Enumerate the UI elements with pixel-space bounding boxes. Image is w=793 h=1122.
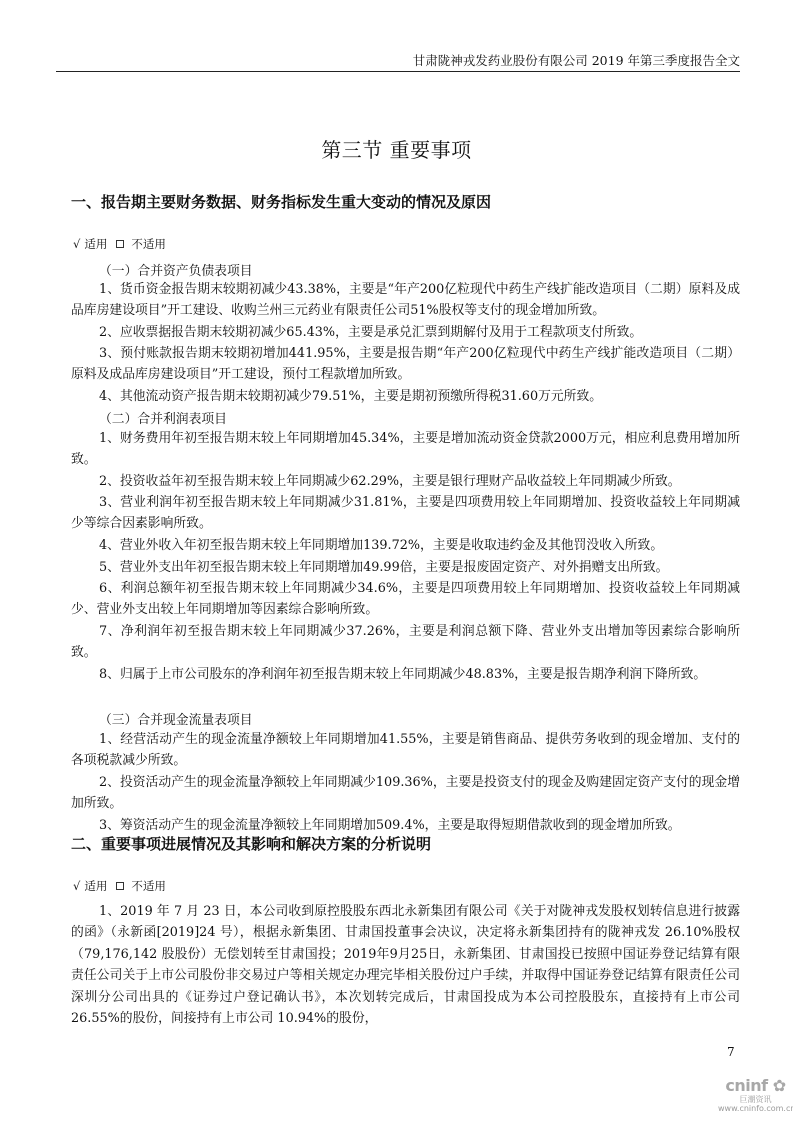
empty-checkbox-icon — [116, 240, 124, 248]
item-text: 6、利润总额年初至报告期末较上年同期减少34.6%，主要是四项费用较上年同期增加… — [71, 581, 740, 617]
cashflow-item-2: 2、投资活动产生的现金流量净额较上年同期减少109.36%，主要是投资支付的现金… — [71, 772, 740, 815]
subsection-income-statement: （二）合并利润表项目 — [99, 408, 227, 427]
page-number: 7 — [727, 1045, 735, 1059]
logo-text: cninf — [725, 1076, 767, 1095]
logo-url: www.cninfo.com.cn — [718, 1104, 793, 1113]
item-text: 1、财务费用年初至报告期末较上年同期增加45.34%，主要是增加流动资金贷款20… — [71, 431, 740, 467]
item-text: 8、归属于上市公司股东的净利润年初至报告期末较上年同期减少48.83%，主要是报… — [99, 667, 706, 682]
not-apply-label: 不适用 — [131, 236, 166, 252]
subsection-cash-flow: （三）合并现金流量表项目 — [99, 709, 253, 728]
income-item-7: 7、净利润年初至报告期末较上年同期减少37.26%，主要是利润总额下降、营业外支… — [71, 621, 740, 664]
item-text: 2、应收票据报告期末较期初减少65.43%，主要是承兑汇票到期解付及用于工程款项… — [99, 325, 642, 340]
cninfo-watermark: cninf ✿ 巨潮资讯 www.cninfo.com.cn — [718, 1076, 793, 1113]
item-text: 1、货币资金报告期末较期初减少43.38%，主要是“年产200亿粒现代中药生产线… — [71, 282, 740, 318]
not-apply-label: 不适用 — [131, 878, 166, 894]
check-mark-icon: √ — [73, 879, 80, 893]
item-text: 3、营业利润年初至报告期末较上年同期减少31.81%，主要是四项费用较上年同期增… — [71, 495, 740, 531]
part1-heading: 一、报告期主要财务数据、财务指标发生重大变动的情况及原因 — [71, 191, 491, 212]
income-item-2: 2、投资收益年初至报告期末较上年同期减少62.29%，主要是银行理财产品收益较上… — [71, 471, 740, 492]
income-item-8: 8、归属于上市公司股东的净利润年初至报告期末较上年同期减少48.83%，主要是报… — [71, 664, 740, 685]
apply-label: 适用 — [84, 236, 107, 252]
item-text: 1、经营活动产生的现金流量净额较上年同期增加41.55%，主要是销售商品、提供劳… — [71, 732, 740, 768]
item-text: 4、营业外收入年初至报告期末较上年同期增加139.72%，主要是收取违约金及其他… — [99, 538, 663, 553]
item-text: 3、预付账款报告期末较期初增加441.95%，主要是报告期“年产200亿粒现代中… — [71, 346, 740, 382]
cashflow-item-1: 1、经营活动产生的现金流量净额较上年同期增加41.55%，主要是销售商品、提供劳… — [71, 729, 740, 772]
income-item-6: 6、利润总额年初至报告期末较上年同期减少34.6%，主要是四项费用较上年同期增加… — [71, 578, 740, 621]
income-item-4: 4、营业外收入年初至报告期末较上年同期增加139.72%，主要是收取违约金及其他… — [71, 535, 740, 556]
section-title: 第三节 重要事项 — [0, 134, 793, 163]
cninfo-logo: cninf ✿ — [718, 1076, 793, 1095]
balance-item-2: 2、应收票据报告期末较期初减少65.43%，主要是承兑汇票到期解付及用于工程款项… — [71, 322, 740, 343]
check-mark-icon: √ — [73, 237, 80, 251]
income-item-1: 1、财务费用年初至报告期末较上年同期增加45.34%，主要是增加流动资金贷款20… — [71, 428, 740, 471]
apply-label: 适用 — [84, 878, 107, 894]
item-text: 5、营业外支出年初至报告期末较上年同期增加49.99倍，主要是报废固定资产、对外… — [99, 560, 668, 575]
logo-cn-name: 巨潮资讯 — [718, 1095, 793, 1104]
empty-checkbox-icon — [116, 882, 124, 890]
item-text: 3、筹资活动产生的现金流量净额较上年同期增加509.4%，主要是取得短期借款收到… — [99, 818, 681, 833]
subsection-balance-sheet: （一）合并资产负债表项目 — [99, 260, 253, 279]
part1-apply-options: √ 适用 不适用 — [73, 236, 166, 252]
part2-apply-options: √ 适用 不适用 — [73, 878, 166, 894]
item-text: 4、其他流动资产报告期末较期初减少79.51%，主要是期初预缴所得税31.60万… — [99, 389, 602, 404]
item-text: 7、净利润年初至报告期末较上年同期减少37.26%，主要是利润总额下降、营业外支… — [71, 624, 740, 660]
event-item-1: 1、2019 年 7 月 23 日，本公司收到原控股股东西北永新集团有限公司《关… — [71, 901, 740, 1029]
item-text: 2、投资收益年初至报告期末较上年同期减少62.29%，主要是银行理财产品收益较上… — [99, 474, 681, 489]
balance-item-4: 4、其他流动资产报告期末较期初减少79.51%，主要是期初预缴所得税31.60万… — [71, 386, 740, 407]
item-text: 2、投资活动产生的现金流量净额较上年同期减少109.36%，主要是投资支付的现金… — [71, 775, 740, 811]
page-header: 甘肃陇神戎发药业股份有限公司 2019 年第三季度报告全文 — [395, 51, 740, 69]
income-item-3: 3、营业利润年初至报告期末较上年同期减少31.81%，主要是四项费用较上年同期增… — [71, 492, 740, 535]
balance-item-3: 3、预付账款报告期末较期初增加441.95%，主要是报告期“年产200亿粒现代中… — [71, 343, 740, 386]
item-text: 1、2019 年 7 月 23 日，本公司收到原控股股东西北永新集团有限公司《关… — [71, 904, 740, 1026]
part2-heading: 二、重要事项进展情况及其影响和解决方案的分析说明 — [71, 833, 431, 854]
swirl-logo-icon: ✿ — [773, 1076, 786, 1095]
header-rule — [56, 71, 740, 72]
balance-item-1: 1、货币资金报告期末较期初减少43.38%，主要是“年产200亿粒现代中药生产线… — [71, 279, 740, 322]
income-item-5: 5、营业外支出年初至报告期末较上年同期增加49.99倍，主要是报废固定资产、对外… — [71, 557, 740, 578]
